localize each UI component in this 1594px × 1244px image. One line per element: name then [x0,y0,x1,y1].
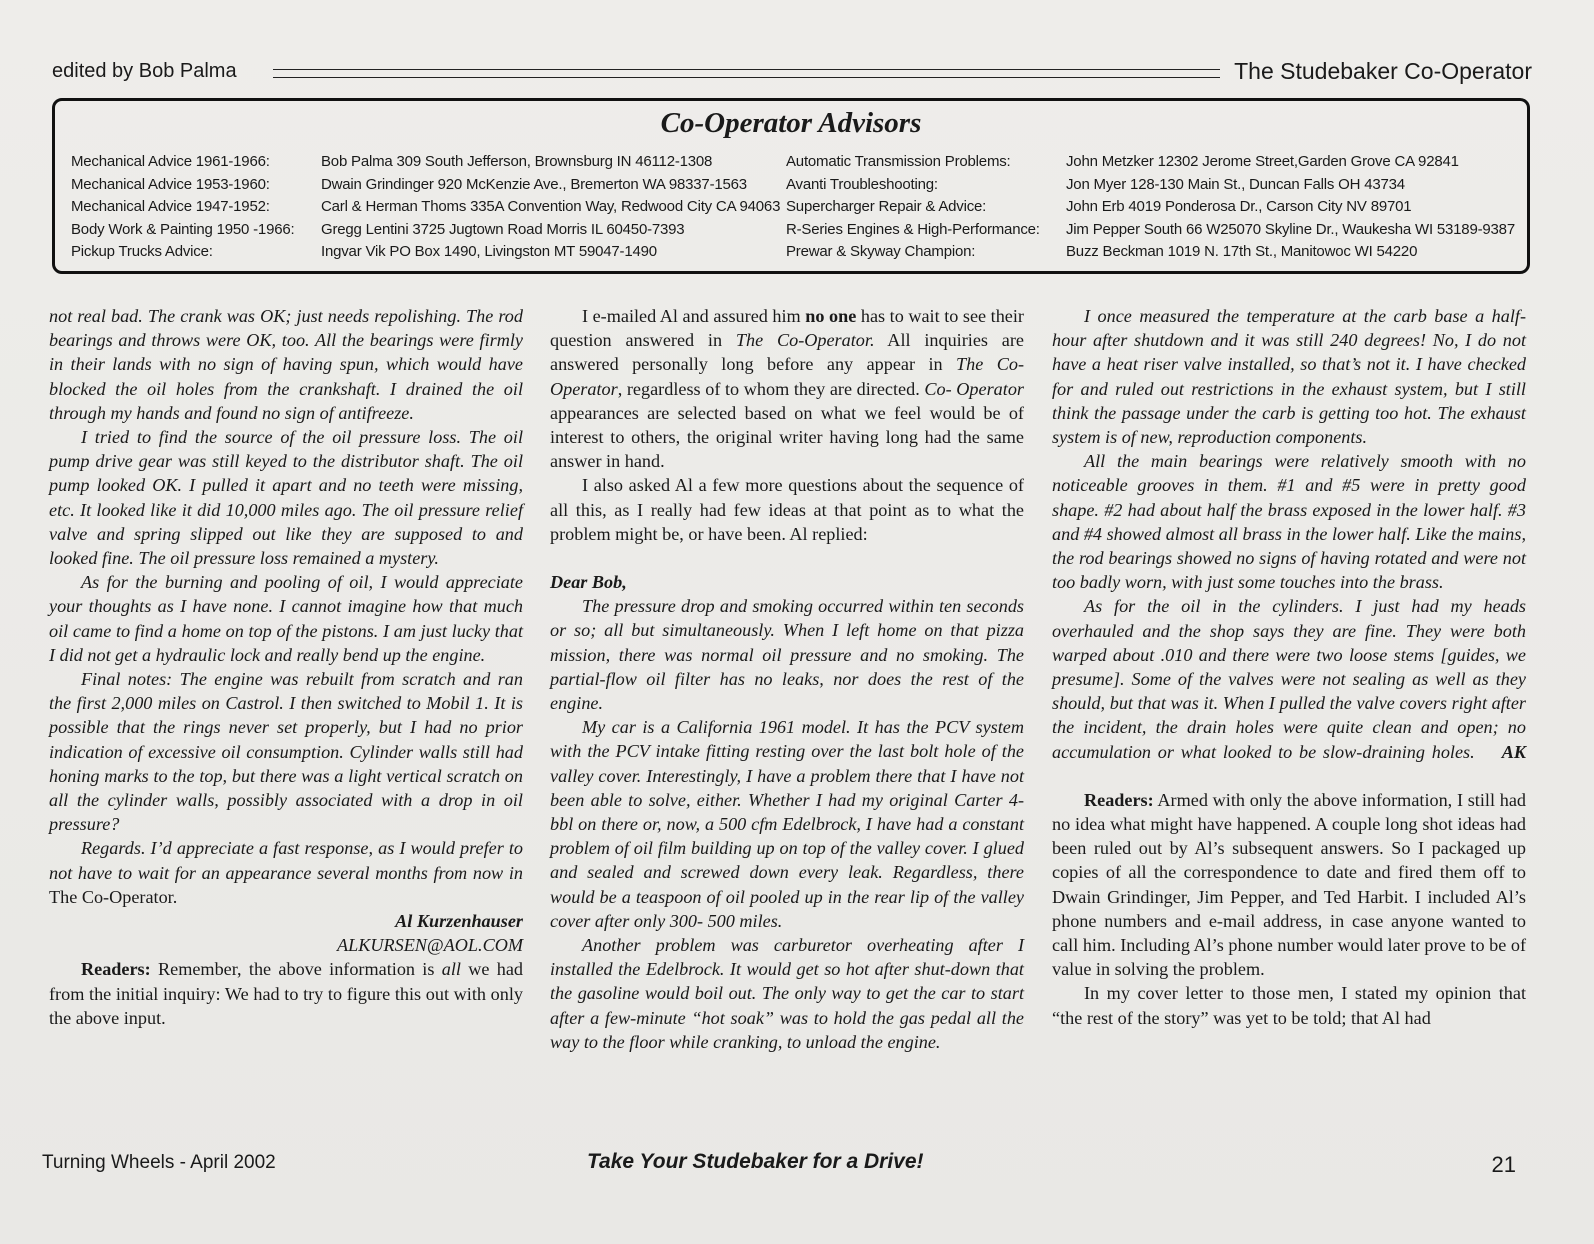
advisor-role: Automatic Transmission Problems: [786,151,1011,174]
advisor-role: Body Work & Painting 1950 -1966: [71,219,294,242]
publication-title: The Studebaker Co-Operator [1234,58,1532,85]
running-head: edited by Bob Palma The Studebaker Co-Op… [52,56,1532,86]
page-number: 21 [1492,1152,1516,1178]
letter-closing-text: Regards. I’d appreciate a fast response,… [49,838,523,882]
advisor-role: Prewar & Skyway Champion: [786,241,975,264]
readers-label: Readers: [1084,790,1154,810]
readers-note: Readers: Remember, the above information… [49,957,523,1030]
paragraph: All the main bearings were relatively sm… [1052,449,1526,594]
bold-text: no one [805,306,856,326]
advisor-role: R-Series Engines & High-Performance: [786,219,1040,242]
text-run: As for the oil in the cylinders. I just … [1052,596,1526,761]
paragraph: I once measured the temperature at the c… [1052,304,1526,449]
publication-reference: The Co-Operator. [736,330,875,350]
spacer [1052,764,1526,788]
emphasis-text: all [442,959,461,979]
readers-text: Remember, the above information is [151,959,442,979]
advisors-box: Co-Operator Advisors Mechanical Advice 1… [52,98,1530,274]
paragraph: I tried to find the source of the oil pr… [49,425,523,570]
double-rule-divider [273,69,1221,78]
publication-reference: Co- Operator [924,379,1024,399]
advisor-contact: Gregg Lentini 3725 Jugtown Road Morris I… [321,219,684,242]
editor-credit: edited by Bob Palma [52,60,237,83]
paragraph: In my cover letter to those men, I state… [1052,981,1526,1029]
paragraph: not real bad. The crank was OK; just nee… [49,304,523,425]
publication-reference: The Co-Operator. [49,887,177,907]
advisor-role: Mechanical Advice 1961-1966: [71,151,270,174]
paragraph: The pressure drop and smoking occurred w… [550,594,1024,715]
advisor-role: Mechanical Advice 1953-1960: [71,174,270,197]
footer-slogan: Take Your Studebaker for a Drive! [587,1150,924,1174]
article-column-1: not real bad. The crank was OK; just nee… [49,304,523,1030]
author-initials: AK [1502,742,1526,762]
advisor-contact: Ingvar Vik PO Box 1490, Livingston MT 59… [321,241,657,264]
advisor-contact: Carl & Herman Thoms 335A Convention Way,… [321,196,780,219]
advisor-contact: Dwain Grindinger 920 McKenzie Ave., Brem… [321,174,747,197]
article-column-2: I e-mailed Al and assured him no one has… [550,304,1024,1054]
advisor-contact: Jim Pepper South 66 W25070 Skyline Dr., … [1066,219,1515,242]
paragraph: Regards. I’d appreciate a fast response,… [49,836,523,909]
advisor-role: Pickup Trucks Advice: [71,241,213,264]
advisor-contact: John Metzker 12302 Jerome Street,Garden … [1066,151,1459,174]
issue-info: Turning Wheels - April 2002 [42,1152,276,1174]
advisor-contact: John Erb 4019 Ponderosa Dr., Carson City… [1066,196,1411,219]
text-run: I e-mailed Al and assured him [582,306,805,326]
paragraph: As for the oil in the cylinders. I just … [1052,594,1526,763]
magazine-page: edited by Bob Palma The Studebaker Co-Op… [0,0,1594,1244]
paragraph: I e-mailed Al and assured him no one has… [550,304,1024,473]
page-footer: Turning Wheels - April 2002 Take Your St… [42,1150,1516,1180]
spacer [550,546,1024,570]
advisor-role: Mechanical Advice 1947-1952: [71,196,270,219]
letter-salutation: Dear Bob, [550,570,1024,594]
advisor-contact: Buzz Beckman 1019 N. 17th St., Manitowoc… [1066,241,1417,264]
advisors-title: Co-Operator Advisors [55,107,1527,140]
readers-text: Armed with only the above information, I… [1052,790,1526,979]
paragraph: As for the burning and pooling of oil, I… [49,570,523,667]
readers-note: Readers: Armed with only the above infor… [1052,788,1526,982]
advisor-contact: Jon Myer 128-130 Main St., Duncan Falls … [1066,174,1405,197]
paragraph: Another problem was carburetor overheati… [550,933,1024,1054]
advisor-role: Supercharger Repair & Advice: [786,196,986,219]
text-run: , regardless of to whom they are directe… [618,379,925,399]
paragraph: Final notes: The engine was rebuilt from… [49,667,523,836]
advisor-role: Avanti Troubleshooting: [786,174,938,197]
readers-label: Readers: [81,959,151,979]
advisor-contact: Bob Palma 309 South Jefferson, Brownsbur… [321,151,712,174]
letter-signature: Al Kurzenhauser [49,909,523,933]
article-column-3: I once measured the temperature at the c… [1052,304,1526,1030]
paragraph: My car is a California 1961 model. It ha… [550,715,1024,933]
author-email: ALKURSEN@AOL.COM [49,933,523,957]
paragraph: I also asked Al a few more questions abo… [550,473,1024,546]
text-run: appearances are selected based on what w… [550,403,1024,471]
